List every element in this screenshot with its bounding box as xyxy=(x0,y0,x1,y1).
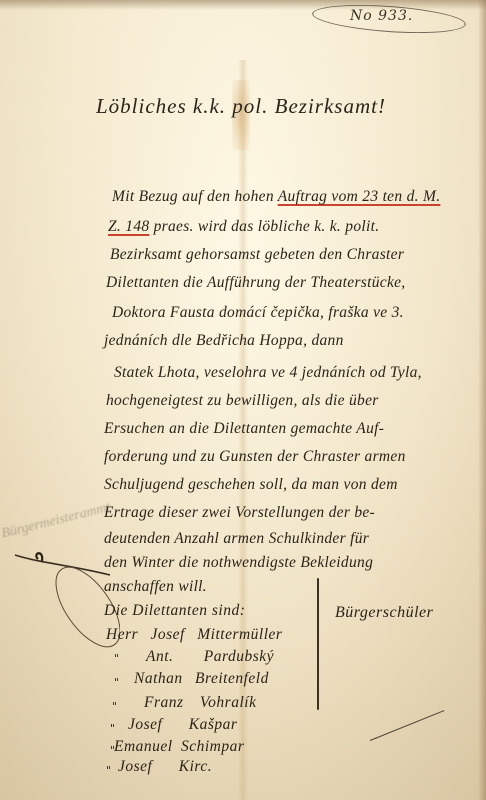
body-line-4: Dilettanten die Aufführung der Theaterst… xyxy=(106,274,406,292)
ditto-mark: " xyxy=(114,652,119,665)
members-heading: Die Dilettanten sind: xyxy=(104,602,245,620)
member-first-name: Josef xyxy=(151,626,185,643)
member-prefix: Herr xyxy=(106,626,138,643)
document-page: No 933. Löbliches k.k. pol. Bezirksamt! … xyxy=(0,0,486,800)
member-last-name: Breitenfeld xyxy=(195,670,269,687)
ditto-mark: " xyxy=(106,764,111,777)
faded-margin-text: Bürgermeisterammt xyxy=(0,500,112,542)
member-first-name: Josef xyxy=(128,716,162,733)
member-last-name: Schimpar xyxy=(181,738,244,755)
signature: Bürgerschüler xyxy=(335,604,433,622)
body-line-10: forderung und zu Gunsten der Chraster ar… xyxy=(104,448,406,466)
underlined-reference: Z. 148 xyxy=(108,218,149,235)
body-line-2: Z. 148 praes. wird das löbliche k. k. po… xyxy=(108,218,379,236)
body-line-1: Mit Bezug auf den hohen Auftrag vom 23 t… xyxy=(112,188,440,206)
body-line-5: Doktora Fausta domácí čepička, fraška ve… xyxy=(112,304,404,322)
member-first-name: Ant. xyxy=(146,648,173,665)
member-row: Josef Kašpar xyxy=(128,716,237,734)
member-last-name: Mittermüller xyxy=(197,626,282,643)
body-line-11: Schuljugend geschehen soll, da man von d… xyxy=(104,476,398,494)
body-line-9: Ersuchen an die Dilettanten gemachte Auf… xyxy=(104,420,384,438)
member-first-name: Josef xyxy=(118,758,152,775)
paper-right-edge xyxy=(478,0,486,800)
member-row: Josef Kirc. xyxy=(118,758,212,776)
member-row: Ant. Pardubský xyxy=(146,648,274,666)
member-last-name: Pardubský xyxy=(204,648,274,665)
body-text: praes. wird das löbliche k. k. polit. xyxy=(149,218,379,235)
ditto-mark: " xyxy=(110,722,115,735)
body-text: Mit Bezug auf den hohen xyxy=(112,188,278,205)
member-first-name: Emanuel xyxy=(114,738,173,755)
salutation-heading: Löbliches k.k. pol. Bezirksamt! xyxy=(96,94,386,119)
member-first-name: Franz xyxy=(144,694,184,711)
member-last-name: Vohralík xyxy=(200,694,257,711)
member-row: Franz Vohralík xyxy=(144,694,256,712)
body-line-7: Statek Lhota, veselohra ve 4 jednáních o… xyxy=(114,364,422,382)
body-line-12: Ertrage dieser zwei Vorstellungen der be… xyxy=(104,504,375,522)
member-row: Emanuel Schimpar xyxy=(114,738,244,756)
body-line-13: deutenden Anzahl armen Schulkinder für xyxy=(104,530,369,548)
bracket-line xyxy=(317,578,319,710)
member-last-name: Kirc. xyxy=(179,758,212,775)
body-line-8: hochgeneigtest zu bewilligen, als die üb… xyxy=(106,392,379,410)
member-first-name: Nathan xyxy=(134,670,183,687)
ditto-mark: " xyxy=(114,676,119,689)
underlined-reference: Auftrag vom 23 ten d. M. xyxy=(278,188,441,205)
member-row: Nathan Breitenfeld xyxy=(134,670,269,688)
ditto-mark: " xyxy=(112,700,117,713)
member-last-name: Kašpar xyxy=(189,716,238,733)
member-row: Herr Josef Mittermüller xyxy=(106,626,282,644)
body-line-14: den Winter die nothwendigste Bekleidung xyxy=(104,554,373,572)
body-line-3: Bezirksamt gehorsamst gebeten den Chrast… xyxy=(110,246,404,264)
body-line-6: jednáních dle Bedřicha Hoppa, dann xyxy=(104,332,344,350)
pencil-stroke xyxy=(370,710,445,741)
reference-number: No 933. xyxy=(350,8,413,24)
